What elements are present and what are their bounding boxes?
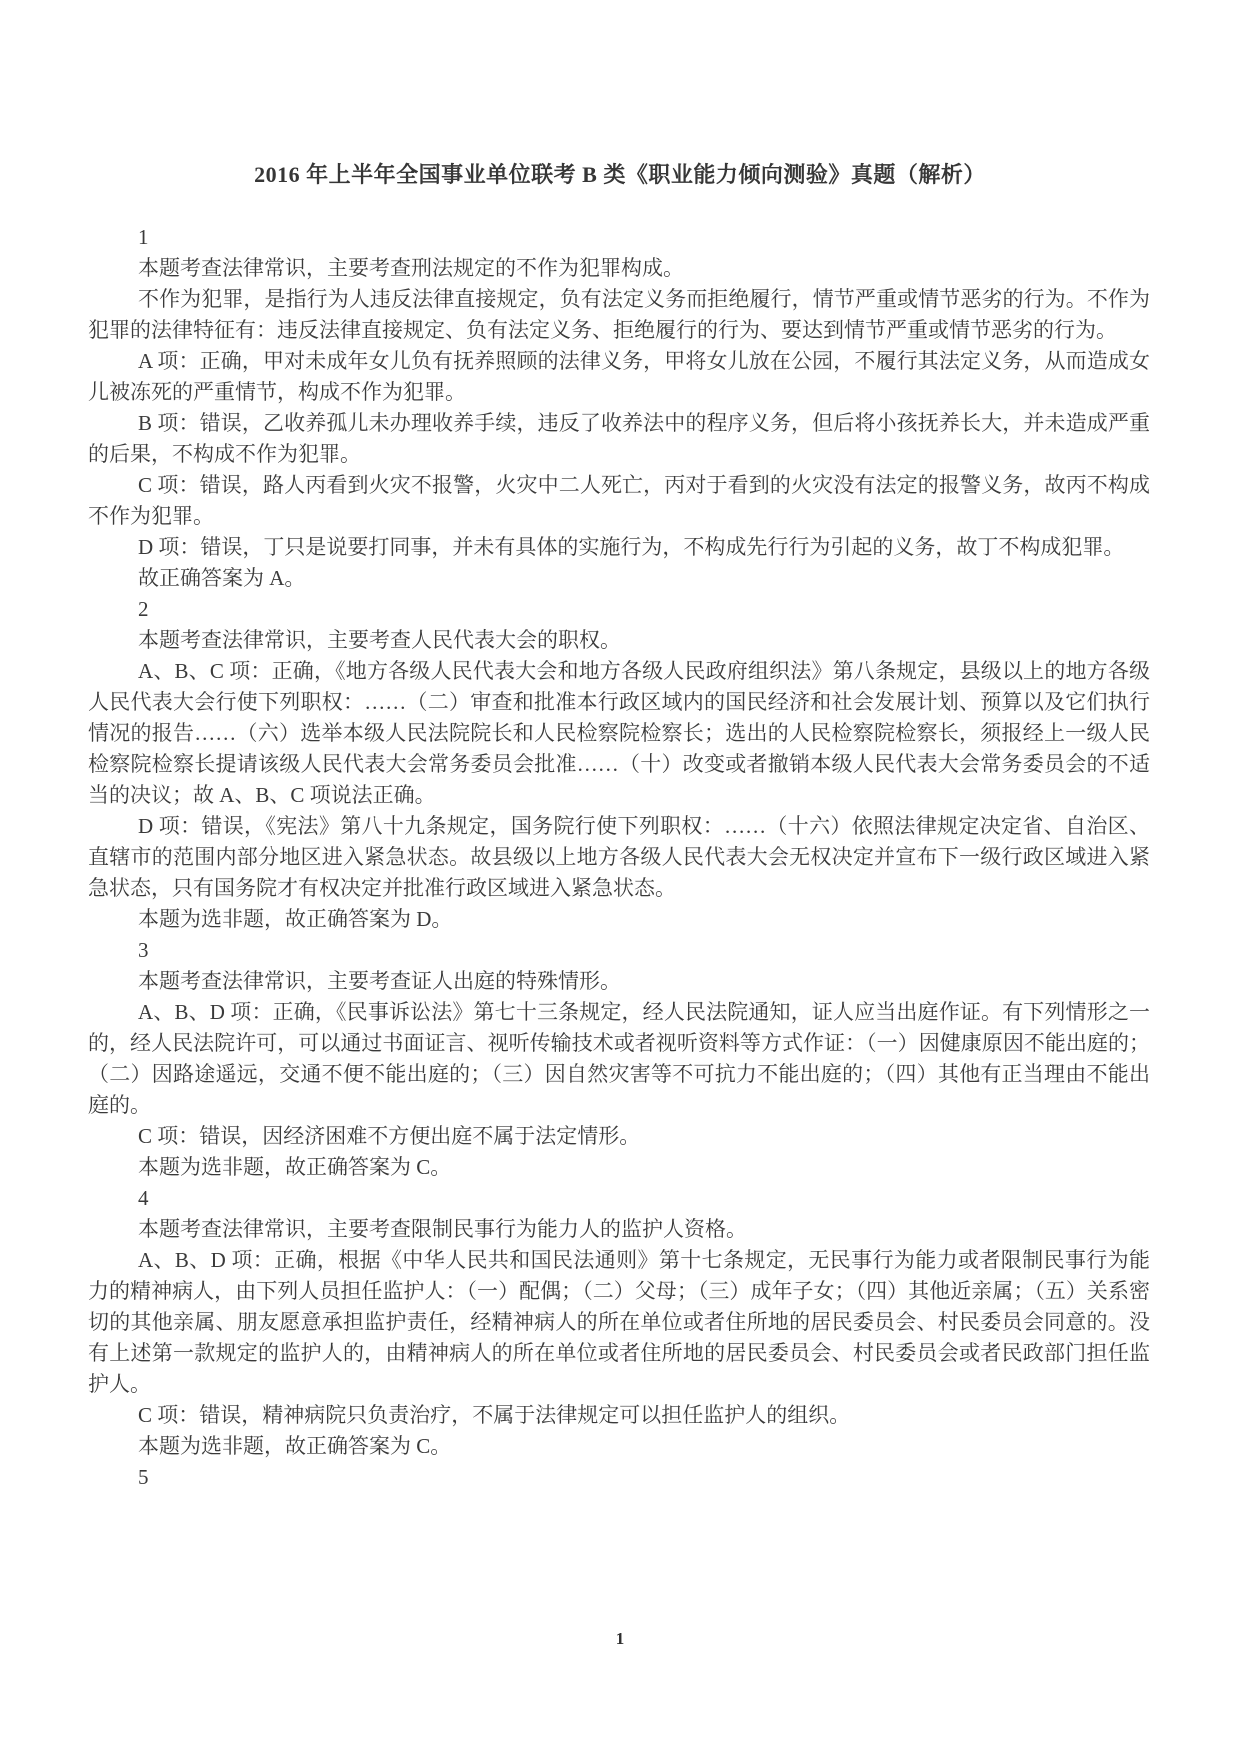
paragraph: 本题为选非题，故正确答案为 C。 xyxy=(88,1152,1150,1183)
paragraph: 5 xyxy=(88,1462,1150,1493)
paragraph: 本题考查法律常识，主要考查人民代表大会的职权。 xyxy=(88,625,1150,656)
page-number: 1 xyxy=(0,1629,1240,1649)
paragraph: 本题为选非题，故正确答案为 C。 xyxy=(88,1431,1150,1462)
paragraph: A 项：正确，甲对未成年女儿负有抚养照顾的法律义务，甲将女儿放在公园，不履行其法… xyxy=(88,346,1150,408)
paragraph: 1 xyxy=(88,222,1150,253)
document-body: 1本题考查法律常识，主要考查刑法规定的不作为犯罪构成。不作为犯罪，是指行为人违反… xyxy=(88,222,1150,1493)
paragraph: A、B、C 项：正确，《地方各级人民代表大会和地方各级人民政府组织法》第八条规定… xyxy=(88,656,1150,811)
paragraph: 3 xyxy=(88,935,1150,966)
paragraph: D 项：错误，《宪法》第八十九条规定，国务院行使下列职权：……（十六）依照法律规… xyxy=(88,811,1150,904)
paragraph: 2 xyxy=(88,594,1150,625)
paragraph: D 项：错误，丁只是说要打同事，并未有具体的实施行为，不构成先行行为引起的义务，… xyxy=(88,532,1150,563)
paragraph: C 项：错误，因经济困难不方便出庭不属于法定情形。 xyxy=(88,1121,1150,1152)
paragraph: 本题考查法律常识，主要考查证人出庭的特殊情形。 xyxy=(88,966,1150,997)
paragraph: 故正确答案为 A。 xyxy=(88,563,1150,594)
page-title: 2016 年上半年全国事业单位联考 B 类《职业能力倾向测验》真题（解析） xyxy=(0,158,1240,189)
paragraph: 本题考查法律常识，主要考查刑法规定的不作为犯罪构成。 xyxy=(88,253,1150,284)
paragraph: 不作为犯罪，是指行为人违反法律直接规定，负有法定义务而拒绝履行，情节严重或情节恶… xyxy=(88,284,1150,346)
paragraph: A、B、D 项：正确，《民事诉讼法》第七十三条规定，经人民法院通知，证人应当出庭… xyxy=(88,997,1150,1121)
document-page: 2016 年上半年全国事业单位联考 B 类《职业能力倾向测验》真题（解析） 1本… xyxy=(0,0,1240,1754)
paragraph: B 项：错误，乙收养孤儿未办理收养手续，违反了收养法中的程序义务，但后将小孩抚养… xyxy=(88,408,1150,470)
paragraph: 本题考查法律常识，主要考查限制民事行为能力人的监护人资格。 xyxy=(88,1214,1150,1245)
paragraph: C 项：错误，路人丙看到火灾不报警，火灾中二人死亡，丙对于看到的火灾没有法定的报… xyxy=(88,470,1150,532)
paragraph: 本题为选非题，故正确答案为 D。 xyxy=(88,904,1150,935)
paragraph: 4 xyxy=(88,1183,1150,1214)
paragraph: A、B、D 项：正确，根据《中华人民共和国民法通则》第十七条规定，无民事行为能力… xyxy=(88,1245,1150,1400)
paragraph: C 项：错误，精神病院只负责治疗，不属于法律规定可以担任监护人的组织。 xyxy=(88,1400,1150,1431)
